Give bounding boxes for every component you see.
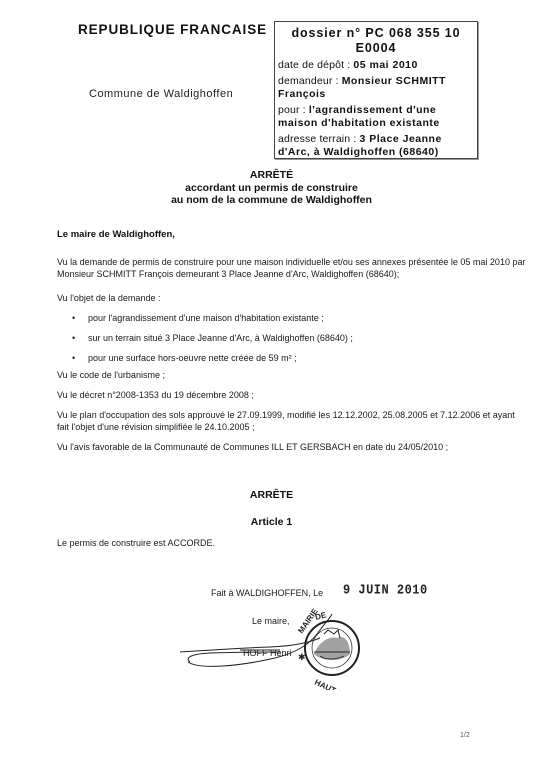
adresse-value-line2: d'Arc, à Waldighoffen (68640) (278, 146, 439, 158)
list-item: • pour l'agrandissement d'une maison d'h… (72, 313, 512, 333)
dossier-number: dossier n° PC 068 355 10 E0004 (278, 25, 474, 56)
consideration-demande: Vu la demande de permis de construire po… (57, 257, 527, 280)
adresse-terrain: adresse terrain : 3 Place Jeanne d'Arc, … (278, 133, 474, 159)
municipal-seal-icon: MAIRIE DE HAUT-RHIN ✱ (296, 607, 359, 690)
list-item-text: pour l'agrandissement d'une maison d'hab… (88, 313, 324, 323)
svg-text:DE: DE (314, 610, 328, 622)
page-number: 1/2 (460, 732, 470, 739)
objet-list: • pour l'agrandissement d'une maison d'h… (72, 313, 512, 373)
pour: pour : l'agrandissement d'une maison d'h… (278, 104, 474, 130)
list-item: • sur un terrain situé 3 Place Jeanne d'… (72, 333, 512, 353)
dossier-number-line1: dossier n° PC 068 355 10 (278, 26, 474, 41)
arrete-title-line2: accordant un permis de construire (0, 182, 543, 195)
arrete-heading: ARRÊTE (0, 489, 543, 501)
pour-value-line1: l'agrandissement d'une (309, 104, 436, 116)
date-stamp: 9 JUIN 2010 (343, 582, 428, 598)
date-depot-value: 05 mai 2010 (353, 59, 417, 71)
article-heading: Article 1 (0, 516, 543, 528)
addressee: Le maire de Waldighoffen, (57, 229, 175, 240)
demandeur: demandeur : Monsieur SCHMITT François (278, 75, 474, 101)
fait-a: Fait à WALDIGHOFFEN, Le (211, 588, 323, 598)
pour-value-line2: maison d'habitation existante (278, 117, 440, 129)
demandeur-label: demandeur : (278, 75, 342, 87)
adresse-value-line1: 3 Place Jeanne (360, 133, 442, 145)
bullet-icon: • (72, 333, 75, 344)
date-depot-label: date de dépôt : (278, 59, 353, 71)
consideration-decret: Vu le décret n°2008-1353 du 19 décembre … (57, 390, 527, 402)
consideration-code: Vu le code de l'urbanisme ; (57, 370, 527, 382)
commune-name: Commune de Waldighoffen (89, 88, 233, 100)
arrete-title: ARRÊTÉ accordant un permis de construire… (0, 169, 543, 207)
arrete-title-line1: ARRÊTÉ (0, 169, 543, 182)
svg-text:HAUT-RHIN: HAUT-RHIN (313, 678, 357, 690)
list-item-text: pour une surface hors-oeuvre nette créée… (88, 353, 297, 363)
arrete-title-line3: au nom de la commune de Waldighoffen (0, 194, 543, 207)
demandeur-value-line1: Monsieur SCHMITT (342, 75, 446, 87)
decision-text: Le permis de construire est ACCORDE. (57, 538, 527, 550)
signature-and-seal: MAIRIE DE HAUT-RHIN ✱ (180, 600, 380, 690)
dossier-info-box: dossier n° PC 068 355 10 E0004 date de d… (274, 21, 478, 159)
list-item-text: sur un terrain situé 3 Place Jeanne d'Ar… (88, 333, 353, 343)
demandeur-value-line2: François (278, 88, 326, 100)
bullet-icon: • (72, 313, 75, 324)
svg-text:✱: ✱ (298, 652, 306, 662)
pour-label: pour : (278, 104, 309, 116)
bullet-icon: • (72, 353, 75, 364)
dossier-number-line2: E0004 (278, 41, 474, 56)
consideration-objet-intro: Vu l'objet de la demande : (57, 293, 527, 305)
republique-heading: REPUBLIQUE FRANCAISE (78, 22, 267, 37)
consideration-plan: Vu le plan d'occupation des sols approuv… (57, 410, 527, 433)
consideration-avis: Vu l'avis favorable de la Communauté de … (57, 442, 527, 454)
adresse-label: adresse terrain : (278, 133, 360, 145)
date-depot: date de dépôt : 05 mai 2010 (278, 59, 474, 72)
